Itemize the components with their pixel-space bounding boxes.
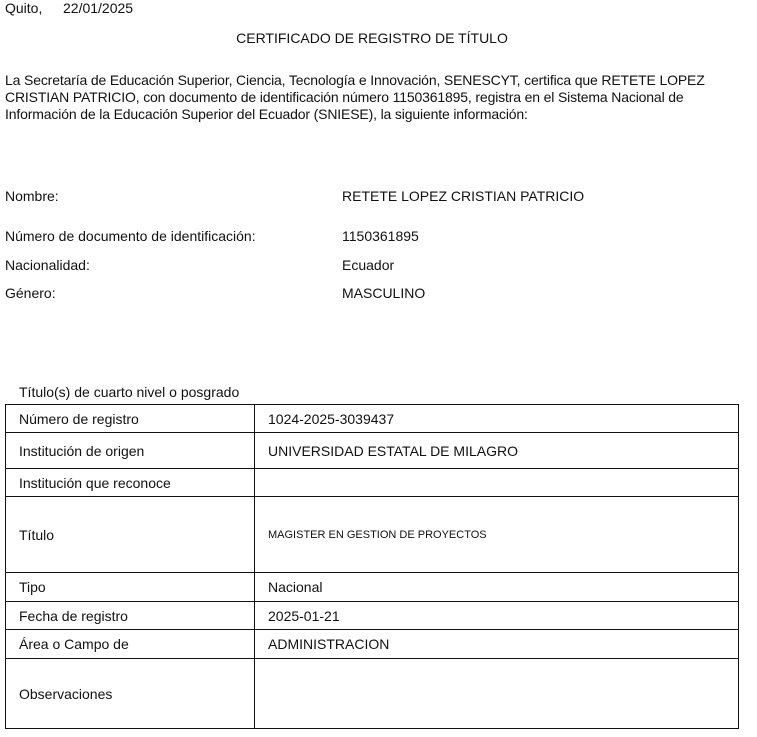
nationality-value: Ecuador xyxy=(342,257,394,273)
section-title: Título(s) de cuarto nivel o posgrado xyxy=(19,384,239,400)
table-row: Institución que reconoce xyxy=(6,469,739,497)
row-value: ADMINISTRACION xyxy=(255,630,739,659)
row-label: Institución que reconoce xyxy=(6,469,255,497)
table-row: Institución de origen UNIVERSIDAD ESTATA… xyxy=(6,433,739,469)
row-label: Institución de origen xyxy=(6,433,255,469)
degree-table: Número de registro 1024-2025-3039437 Ins… xyxy=(5,404,739,729)
gender-label: Género: xyxy=(5,285,56,301)
row-value: 2025-01-21 xyxy=(255,602,739,630)
document-title: CERTIFICADO DE REGISTRO DE TÍTULO xyxy=(0,30,744,46)
row-value: Nacional xyxy=(255,573,739,602)
row-label: Título xyxy=(6,497,255,573)
id-label: Número de documento de identificación: xyxy=(5,228,256,244)
id-value: 1150361895 xyxy=(342,228,419,244)
issue-date: 22/01/2025 xyxy=(63,0,133,16)
gender-value: MASCULINO xyxy=(342,285,425,301)
row-value: UNIVERSIDAD ESTATAL DE MILAGRO xyxy=(255,433,739,469)
name-label: Nombre: xyxy=(5,188,59,204)
table-row: Tipo Nacional xyxy=(6,573,739,602)
table-row: Fecha de registro 2025-01-21 xyxy=(6,602,739,630)
row-label: Fecha de registro xyxy=(6,602,255,630)
row-value: 1024-2025-3039437 xyxy=(255,405,739,433)
city: Quito, xyxy=(5,0,42,16)
intro-paragraph: La Secretaría de Educación Superior, Cie… xyxy=(5,72,750,123)
table-row: Número de registro 1024-2025-3039437 xyxy=(6,405,739,433)
row-value: MAGISTER EN GESTION DE PROYECTOS xyxy=(255,497,739,573)
row-value xyxy=(255,469,739,497)
nationality-label: Nacionalidad: xyxy=(5,257,90,273)
table-row: Observaciones xyxy=(6,659,739,729)
row-label: Observaciones xyxy=(6,659,255,729)
table-row: Área o Campo de ADMINISTRACION xyxy=(6,630,739,659)
table-row: Título MAGISTER EN GESTION DE PROYECTOS xyxy=(6,497,739,573)
row-label: Tipo xyxy=(6,573,255,602)
row-label: Área o Campo de xyxy=(6,630,255,659)
row-label: Número de registro xyxy=(6,405,255,433)
row-value xyxy=(255,659,739,729)
name-value: RETETE LOPEZ CRISTIAN PATRICIO xyxy=(342,188,584,204)
